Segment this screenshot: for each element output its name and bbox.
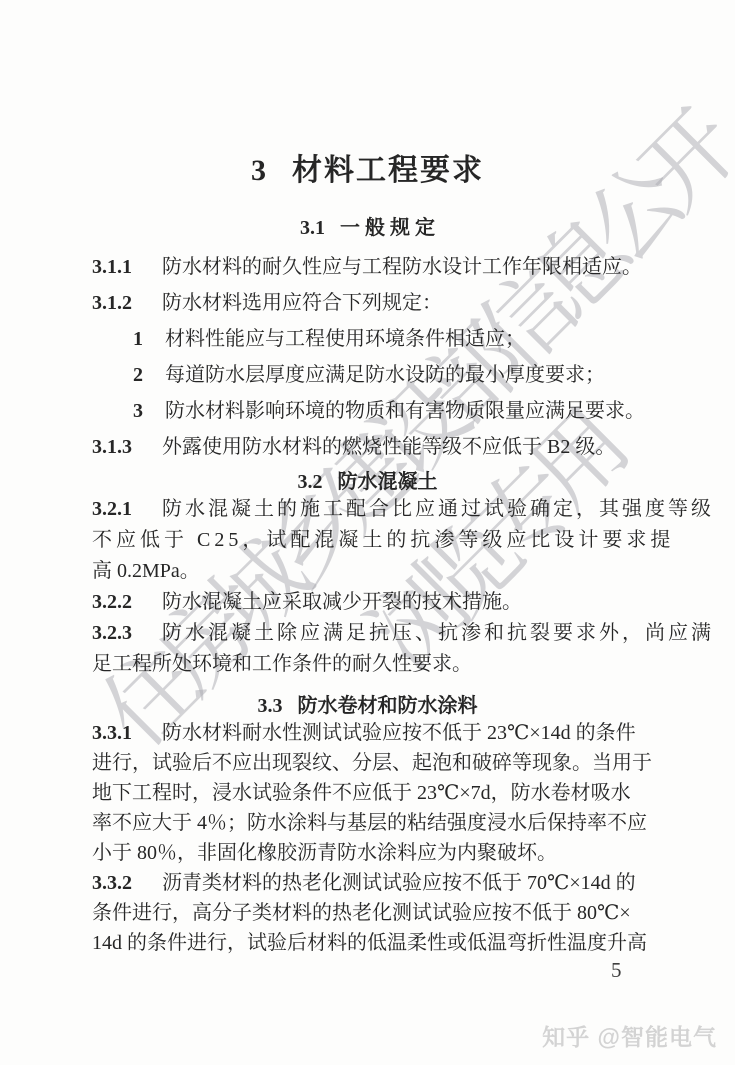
clause-number: 3.2.2 xyxy=(92,590,162,614)
clause-number: 3.3.2 xyxy=(92,871,162,895)
document-page: 住房城乡建设部信息公开 浏览专用 3材料工程要求 3.1一 般 规 定 3.1.… xyxy=(0,0,735,1065)
clause-text: 防水材料的耐久性应与工程防水设计工作年限相适应。 xyxy=(162,256,642,278)
section-3-3-title: 防水卷材和防水涂料 xyxy=(298,695,478,717)
section-3-2-title: 防水混凝土 xyxy=(338,471,438,493)
item-number: 2 xyxy=(133,363,165,387)
section-heading-3-1: 3.1一 般 规 定 xyxy=(0,211,735,240)
clause-3-3-1-line-3: 地下工程时，浸水试验条件不应低于 23℃×7d，防水卷材吸水 xyxy=(92,781,631,805)
item-text: 材料性能应与工程使用环境条件相适应； xyxy=(165,328,525,350)
clause-number: 3.3.1 xyxy=(92,721,162,745)
clause-3-1-2: 3.1.2防水材料选用应符合下列规定： xyxy=(92,291,442,315)
clause-text: 防水材料耐水性测试试验应按不低于 23℃×14d 的条件 xyxy=(162,722,636,744)
clause-text: 防水材料选用应符合下列规定： xyxy=(162,292,442,314)
clause-3-2-1-line-3: 高 0.2MPa。 xyxy=(92,559,200,583)
clause-text: 沥青类材料的热老化测试试验应按不低于 70℃×14d 的 xyxy=(162,872,636,894)
item-number: 1 xyxy=(133,327,165,351)
section-heading-3-2: 3.2防水混凝土 xyxy=(0,465,735,494)
clause-number: 3.2.3 xyxy=(92,621,162,645)
clause-text: 外露使用防水材料的燃烧性能等级不应低于 B2 级。 xyxy=(162,436,615,458)
clause-3-1-1: 3.1.1防水材料的耐久性应与工程防水设计工作年限相适应。 xyxy=(92,255,642,279)
clause-3-1-3: 3.1.3外露使用防水材料的燃烧性能等级不应低于 B2 级。 xyxy=(92,435,615,459)
clause-text: 防水混凝土应采取减少开裂的技术措施。 xyxy=(162,591,522,613)
section-3-3-number: 3.3 xyxy=(258,695,283,717)
section-3-1-title: 一 般 规 定 xyxy=(340,217,435,239)
item-text: 防水材料影响环境的物质和有害物质限量应满足要求。 xyxy=(165,400,645,422)
clause-3-2-3-line-2: 足工程所处环境和工作条件的耐久性要求。 xyxy=(92,652,472,676)
section-3-1-number: 3.1 xyxy=(300,217,325,239)
clause-3-2-1-line-2: 不应低于 C25，试配混凝土的抗渗等级应比设计要求提 xyxy=(92,528,674,552)
clause-number: 3.1.1 xyxy=(92,255,162,279)
clause-number: 3.2.1 xyxy=(92,497,162,521)
clause-3-2-2: 3.2.2防水混凝土应采取减少开裂的技术措施。 xyxy=(92,590,522,614)
section-3-2-number: 3.2 xyxy=(298,471,323,493)
clause-number: 3.1.3 xyxy=(92,435,162,459)
list-item-1: 1材料性能应与工程使用环境条件相适应； xyxy=(133,327,525,351)
clause-number: 3.1.2 xyxy=(92,291,162,315)
clause-3-3-1-line-2: 进行，试验后不应出现裂纹、分层、起泡和破碎等现象。当用于 xyxy=(92,751,652,775)
list-item-2: 2每道防水层厚度应满足防水设防的最小厚度要求； xyxy=(133,363,605,387)
section-heading-3-3: 3.3防水卷材和防水涂料 xyxy=(0,689,735,718)
chapter-title-text: 材料工程要求 xyxy=(292,154,484,187)
clause-3-3-2-line-3: 14d 的条件进行，试验后材料的低温柔性或低温弯折性温度升高 xyxy=(92,931,647,955)
clause-3-3-2-line-1: 3.3.2沥青类材料的热老化测试试验应按不低于 70℃×14d 的 xyxy=(92,871,636,895)
provider-watermark: 知乎 @智能电气 xyxy=(542,1019,717,1052)
chapter-title: 3材料工程要求 xyxy=(0,145,735,189)
item-text: 每道防水层厚度应满足防水设防的最小厚度要求； xyxy=(165,364,605,386)
clause-text: 防水混凝土的施工配合比应通过试验确定，其强度等级 xyxy=(162,498,714,520)
clause-3-2-3-line-1: 3.2.3防水混凝土除应满足抗压、抗渗和抗裂要求外，尚应满 xyxy=(92,621,714,645)
item-number: 3 xyxy=(133,399,165,423)
chapter-number: 3 xyxy=(251,154,268,187)
page-content: 3材料工程要求 3.1一 般 规 定 3.1.1防水材料的耐久性应与工程防水设计… xyxy=(0,0,735,1065)
list-item-3: 3防水材料影响环境的物质和有害物质限量应满足要求。 xyxy=(133,399,645,423)
page-number: 5 xyxy=(611,958,622,983)
clause-3-2-1-line-1: 3.2.1防水混凝土的施工配合比应通过试验确定，其强度等级 xyxy=(92,497,714,521)
clause-3-3-2-line-2: 条件进行，高分子类材料的热老化测试试验应按不低于 80℃× xyxy=(92,901,631,925)
clause-3-3-1-line-4: 率不应大于 4％；防水涂料与基层的粘结强度浸水后保持率不应 xyxy=(92,811,647,835)
clause-3-3-1-line-1: 3.3.1防水材料耐水性测试试验应按不低于 23℃×14d 的条件 xyxy=(92,721,636,745)
clause-text: 防水混凝土除应满足抗压、抗渗和抗裂要求外，尚应满 xyxy=(162,622,714,644)
clause-3-3-1-line-5: 小于 80％，非固化橡胶沥青防水涂料应为内聚破坏。 xyxy=(92,841,557,865)
